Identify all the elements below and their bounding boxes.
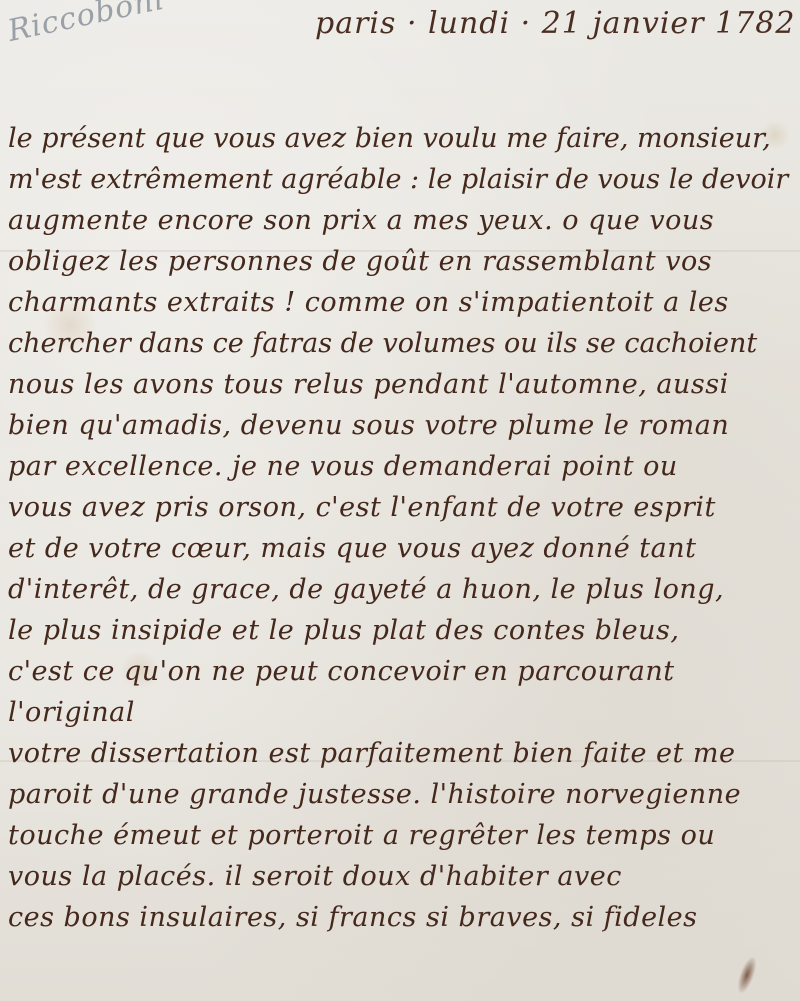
margin-pencil-note: Riccoboni — [5, 0, 168, 49]
letter-line: c'est ce qu'on ne peut concevoir en parc… — [8, 651, 798, 692]
letter-line: nous les avons tous relus pendant l'auto… — [8, 364, 798, 405]
letter-dateline: paris · lundi · 21 janvier 1782 — [315, 6, 795, 41]
letter-line: d'interêt, de grace, de gayeté a huon, l… — [8, 569, 798, 610]
letter-line: ces bons insulaires, si francs si braves… — [8, 897, 798, 938]
letter-line: par excellence. je ne vous demanderai po… — [8, 446, 798, 487]
letter-line: obligez les personnes de goût en rassemb… — [8, 241, 798, 282]
letter-line: paroit d'une grande justesse. l'histoire… — [8, 774, 798, 815]
letter-line: l'original — [8, 692, 798, 733]
letter-line: bien qu'amadis, devenu sous votre plume … — [8, 405, 798, 446]
letter-line: chercher dans ce fatras de volumes ou il… — [8, 323, 798, 364]
letter-line: vous avez pris orson, c'est l'enfant de … — [8, 487, 798, 528]
letter-line: augmente encore son prix a mes yeux. o q… — [8, 200, 798, 241]
letter-line: et de votre cœur, mais que vous ayez don… — [8, 528, 798, 569]
letter-line: charmants extraits ! comme on s'impatien… — [8, 282, 798, 323]
ink-blot — [734, 954, 761, 996]
letter-line: m'est extrêmement agréable : le plaisir … — [8, 159, 798, 200]
letter-body: le présent que vous avez bien voulu me f… — [8, 118, 798, 938]
letter-line: vous la placés. il seroit doux d'habiter… — [8, 856, 798, 897]
letter-line: touche émeut et porteroit a regrêter les… — [8, 815, 798, 856]
letter-line: le présent que vous avez bien voulu me f… — [8, 118, 798, 159]
letter-page: Riccoboni paris · lundi · 21 janvier 178… — [0, 0, 800, 1001]
letter-line: votre dissertation est parfaitement bien… — [8, 733, 798, 774]
letter-line: le plus insipide et le plus plat des con… — [8, 610, 798, 651]
